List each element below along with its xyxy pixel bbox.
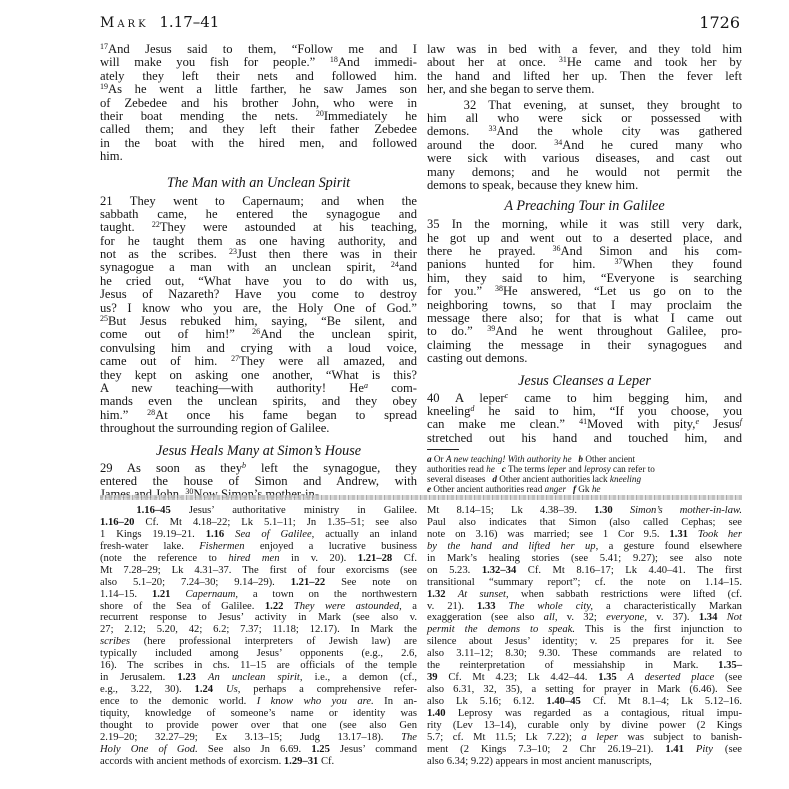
verse-line: came out of him. 27They were all amazed,… (100, 355, 417, 368)
verse-line: neighboring towns, so that I may proclai… (427, 299, 742, 312)
section-heading-simons-house: Jesus Heals Many at Simon’s House (100, 442, 417, 460)
verse-line: around the door. 34And he cured many who (427, 139, 742, 152)
verse-line: in the boat with the hired men, and foll… (100, 137, 417, 150)
verse-line: sabbath came, he entered the synagogue a… (100, 208, 417, 221)
footnote-rule (427, 449, 459, 450)
verse-line: their boat mending the nets. 20Immediate… (100, 110, 417, 123)
verse-block-35-39: 35 In the morning, while it was still ve… (427, 218, 742, 365)
study-note-line: typically included among Jesus’ opponent… (100, 648, 417, 660)
verse-line: 40 A leperc came to him begging him, and (427, 392, 742, 405)
verse-line: can make me clean.” 41Moved with pity,e … (427, 418, 742, 431)
study-note-line: 1 Kings 19.19–21. 1.16 Sea of Galilee, a… (100, 529, 417, 541)
study-note-line: ence to the demonic world. I know who yo… (100, 696, 417, 708)
study-note-line: shore of the Sea of Galilee. 1.22 They w… (100, 601, 417, 613)
scripture-column-right: law was in bed with a fever, and they to… (427, 43, 742, 445)
study-note-line: tiquity, knowledge of someone’s name or … (100, 708, 417, 720)
footnote-line: a Or A new teaching! With authority he b… (427, 454, 742, 464)
verse-line: ately they left their nets and followed … (100, 70, 417, 83)
verse-block-32-34: 32 That evening, at sunset, they brought… (427, 99, 742, 193)
study-note-line: also 6.34; 9.22) appears in most ancient… (427, 756, 742, 768)
section-heading-unclean-spirit: The Man with an Unclean Spirit (100, 174, 417, 192)
footnote-line: e Other ancient authorities read anger f… (427, 484, 742, 494)
verse-line: not as the scribes. 23Just then there wa… (100, 248, 417, 261)
study-note-line: in Mark’s healing stories (see 5.41; 9.2… (427, 553, 742, 565)
verse-line: him.” 28At once his fame began to spread (100, 409, 417, 422)
verse-block-21-28: 21 They went to Capernaum; and when thes… (100, 195, 417, 436)
study-note-line: silence about Jesus’ identity; v. 25 pre… (427, 636, 742, 648)
study-note-line: 2.19–20; 32.27–29; Ex 3.13–15; Judg 13.1… (100, 732, 417, 744)
study-note-line: scribes (here professional interpreters … (100, 636, 417, 648)
study-note-line: Holy One of God. See also Jn 6.69. 1.25 … (100, 744, 417, 756)
verse-block-17-20: 17And Jesus said to them, “Follow me and… (100, 43, 417, 164)
study-note-line: ment (2 Kings 7.3–10; 2 Chr 26.19–21). 1… (427, 744, 742, 756)
study-note-line: rity (Lev 13–14), curable only by divine… (427, 720, 742, 732)
verse-line: mands even the unclean spirits, and they… (100, 395, 417, 408)
study-note-line: accords with ancient methods of exorcism… (100, 756, 417, 768)
verse-line: will make you fish for people.” 18And im… (100, 56, 417, 69)
study-note-line: fresh-water lake. Fishermen enjoyed a lu… (100, 541, 417, 553)
verse-line: synagogue a man with an unclean spirit, … (100, 261, 417, 274)
section-heading-preaching-tour: A Preaching Tour in Galilee (427, 197, 742, 215)
verse-line: us? I know who you are, the Holy One of … (100, 302, 417, 315)
verse-line: 32 That evening, at sunset, they brought… (427, 99, 742, 112)
study-note-line: Mt 7.28–29; Lk 4.31–37. The first of fou… (100, 565, 417, 577)
verse-line: casting out demons. (427, 352, 742, 365)
study-note-line: 27; 2.12; 5.20, 42; 6.2; 7.37; 11.18; 12… (100, 624, 417, 636)
verse-line: him all who were sick or possessed with (427, 112, 742, 125)
verse-line: 35 In the morning, while it was still ve… (427, 218, 742, 231)
running-head: Mark 1.17–41 (100, 13, 219, 31)
verse-line: about her at once. 31He came and took he… (427, 56, 742, 69)
verse-line: throughout the surrounding region of Gal… (100, 422, 417, 435)
page-number: 1726 (699, 13, 740, 32)
verse-line: him. (100, 150, 417, 163)
footnote-line: authorities read he c The terms leper an… (427, 464, 742, 474)
study-note-line: by the hand and lifted her up, a gesture… (427, 541, 742, 553)
study-note-line: permit the demons to speak. This is the … (427, 624, 742, 636)
verse-block-40-41: 40 A leperc came to him begging him, and… (427, 392, 742, 446)
study-note-line: 5.7; cf. Mt 11.5; Lk 7.22); a leper was … (427, 732, 742, 744)
bible-page: Mark 1.17–41 1726 17And Jesus said to th… (0, 0, 789, 789)
study-note-line: 1.16–20 Cf. Mt 4.18–22; Lk 5.1–11; Jn 1.… (100, 517, 417, 529)
verse-line: the hand and lifted her up. Then the fev… (427, 70, 742, 83)
study-note-line: transitional “summary report”; cf. the n… (427, 577, 742, 589)
study-note-line: also 6.31, 32, 35), a setting for prayer… (427, 684, 742, 696)
chapter-verse-range: 1.17–41 (159, 13, 219, 31)
verse-line: called them; and they left their father … (100, 123, 417, 136)
verse-line: many demons; and he would not permit the (427, 166, 742, 179)
study-note-line: thought to provide power over that one (… (100, 720, 417, 732)
study-note-line: the reinterpretation of messiahship in M… (427, 660, 742, 672)
verse-line: stretched out his hand and touched him, … (427, 432, 742, 445)
study-note-line: also Lk 5.16; 6.12. 1.40–45 Cf. Mt 8.1–4… (427, 696, 742, 708)
study-note-line: Mt 8.14–15; Lk 4.38–39. 1.30 Simon’s mot… (427, 505, 742, 517)
study-note-line: note on 3.16) was married; see 1 Cor 9.5… (427, 529, 742, 541)
verse-line: demons. 33And the whole city was gathere… (427, 125, 742, 138)
study-note-line: in Jerusalem. 1.23 An unclean spirit, i.… (100, 672, 417, 684)
verse-line: demons to speak, because they knew him. (427, 179, 742, 192)
study-note-line: 1.14–15. 1.21 Capernaum, a town on the n… (100, 589, 417, 601)
scripture-column-left: 17And Jesus said to them, “Follow me and… (100, 43, 417, 502)
verse-line: he cried out, “What have you to do with … (100, 275, 417, 288)
verse-line: claiming the message in their synagogues… (427, 339, 742, 352)
study-notes-right: Mt 8.14–15; Lk 4.38–39. 1.30 Simon’s mot… (427, 505, 742, 768)
study-note-line: (note the reference to hired men in v. 2… (100, 553, 417, 565)
study-note-line: 16). The scribes in chs. 11–15 are offic… (100, 660, 417, 672)
study-note-line: also 5.1–20; 7.24–30; 9.14–29). 1.21–22 … (100, 577, 417, 589)
verse-line: panions hunted for him. 37When they foun… (427, 258, 742, 271)
verse-line: 29 As soon as theyb left the synagogue, … (100, 462, 417, 475)
study-note-line: e.g., 3.22, 30). 1.24 Us, perhaps a comp… (100, 684, 417, 696)
verse-line: law was in bed with a fever, and they to… (427, 43, 742, 56)
verse-line: for he taught them as one having authori… (100, 235, 417, 248)
study-notes-left: 1.16–45 Jesus’ authoritative ministry in… (100, 505, 417, 768)
verse-line: come out of him!” 26And the unclean spir… (100, 328, 417, 341)
study-note-line: 1.40 Leprosy was regarded as a contagiou… (427, 708, 742, 720)
book-name: Mark (100, 15, 149, 31)
verse-line: taught. 22They were astounded at his tea… (100, 221, 417, 234)
verse-line: 19As he went a little farther, he saw Ja… (100, 83, 417, 96)
verse-line: Jesus of Nazareth? Have you come to dest… (100, 288, 417, 301)
verse-line: to do.” 39And he went throughout Galilee… (427, 325, 742, 338)
verse-line: message there also; for that is what I c… (427, 312, 742, 325)
verse-block-30-31: law was in bed with a fever, and they to… (427, 43, 742, 97)
footnote-line: several diseases d Other ancient authori… (427, 474, 742, 484)
verse-line: 25But Jesus rebuked him, saying, “Be sil… (100, 315, 417, 328)
verse-line: for you.” 38He answered, “Let us go on t… (427, 285, 742, 298)
study-note-line: recurrent response to Jesus’ activity in… (100, 612, 417, 624)
study-note-line: also 3.11–12; 8.30; 9.30. These commands… (427, 648, 742, 660)
study-note-line: 1.16–45 Jesus’ authoritative ministry in… (100, 505, 417, 517)
verse-line: A new teaching—with authority! Hea com- (100, 382, 417, 395)
verse-line: entered the house of Simon and Andrew, w… (100, 475, 417, 488)
verse-line: were sick with various diseases, and cas… (427, 152, 742, 165)
study-note-line: Paul also indicates that Simon (also cal… (427, 517, 742, 529)
verse-line: her, and she began to serve them. (427, 83, 742, 96)
verse-line: 17And Jesus said to them, “Follow me and… (100, 43, 417, 56)
section-heading-cleanses-leper: Jesus Cleanses a Leper (427, 372, 742, 390)
study-note-line: 39 Cf. Mt 4.23; Lk 4.42–44. 1.35 A deser… (427, 672, 742, 684)
verse-line: of Zebedee and his brother John, who wer… (100, 97, 417, 110)
study-note-line: 1.32 At sunset, when sabbath restriction… (427, 589, 742, 601)
section-separator (100, 495, 742, 500)
verse-line: there he prayed. 36And Simon and his com… (427, 245, 742, 258)
verse-line: 21 They went to Capernaum; and when the (100, 195, 417, 208)
verse-line: he got up and went out to a deserted pla… (427, 232, 742, 245)
verse-line: they kept on asking one another, “What i… (100, 369, 417, 382)
verse-line: convulsing him and crying with a loud vo… (100, 342, 417, 355)
study-note-line: on 5.23. 1.32–34 Cf. Mt 8.16–17; Lk 4.40… (427, 565, 742, 577)
study-note-line: v. 21). 1.33 The whole city, a character… (427, 601, 742, 613)
verse-line: kneelingd he said to him, “If you choose… (427, 405, 742, 418)
verse-line: him, they said to him, “Everyone is sear… (427, 272, 742, 285)
study-note-line: exaggeration (see also all, v. 32; every… (427, 612, 742, 624)
